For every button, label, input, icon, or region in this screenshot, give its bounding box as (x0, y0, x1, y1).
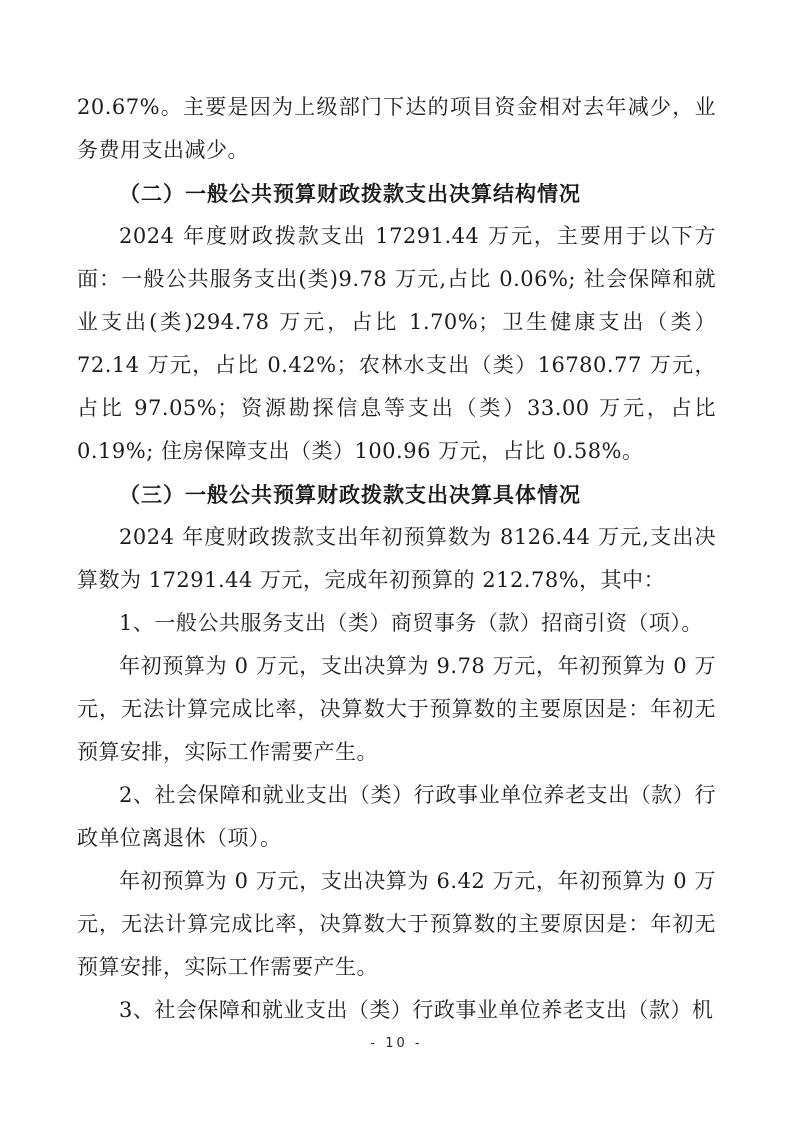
paragraph-item-1-title: 1、一般公共服务支出（类）商贸事务（款）招商引资（项）。 (77, 602, 716, 645)
paragraph-budget-summary: 2024 年度财政拨款支出年初预算数为 8126.44 万元,支出决算数为 17… (77, 516, 716, 602)
document-page: 20.67%。主要是因为上级部门下达的项目资金相对去年减少，业务费用支出减少。 … (0, 0, 793, 1122)
page-number: - 10 - (0, 1036, 793, 1051)
paragraph-item-2-title: 2、社会保障和就业支出（类）行政事业单位养老支出（款）行政单位离退休（项）。 (77, 774, 716, 860)
paragraph-continuation: 20.67%。主要是因为上级部门下达的项目资金相对去年减少，业务费用支出减少。 (77, 86, 716, 172)
paragraph-structure-overview: 2024 年度财政拨款支出 17291.44 万元，主要用于以下方面：一般公共服… (77, 215, 716, 473)
paragraph-item-3-title: 3、社会保障和就业支出（类）行政事业单位养老支出（款）机 (77, 989, 716, 1032)
paragraph-item-2-detail: 年初预算为 0 万元，支出决算为 6.42 万元，年初预算为 0 万元，无法计算… (77, 860, 716, 989)
paragraph-item-1-detail: 年初预算为 0 万元，支出决算为 9.78 万元，年初预算为 0 万元，无法计算… (77, 645, 716, 774)
section-heading-3: （三）一般公共预算财政拨款支出决算具体情况 (77, 473, 716, 516)
document-body: 20.67%。主要是因为上级部门下达的项目资金相对去年减少，业务费用支出减少。 … (77, 86, 716, 1032)
section-heading-2: （二）一般公共预算财政拨款支出决算结构情况 (77, 172, 716, 215)
